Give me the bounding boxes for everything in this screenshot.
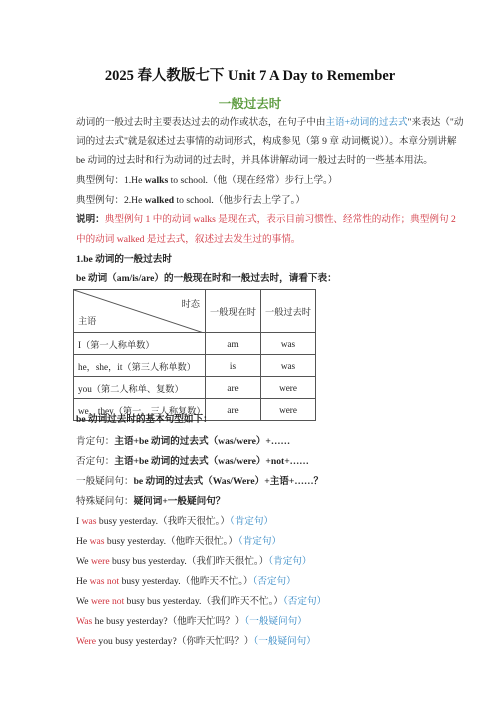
cell-subject: I（第一人称单数）	[74, 333, 206, 355]
pattern-text: 主语+be 动词的过去式（was/were）+……	[114, 436, 290, 447]
sentence-text: busy yesterday.（我昨天很忙。）	[97, 516, 230, 527]
note-line-2: 中的动词 walked 是过去式，叙述过去发生过的事情。	[76, 234, 300, 246]
intro-text: 动词的一般过去时主要表达过去的动作或状态，在句子中由	[76, 117, 325, 128]
header-past: 一般过去时	[261, 290, 316, 333]
sentence-verb: Were	[76, 636, 96, 647]
be-verb-table: 时态 主语 一般现在时 一般过去时 I（第一人称单数） am was he，sh…	[73, 289, 316, 421]
cell-past: were	[261, 399, 316, 421]
sentence-verb: was	[82, 516, 97, 527]
cell-past: was	[261, 355, 316, 377]
sentence-verb: was not	[90, 576, 120, 587]
cell-past: was	[261, 333, 316, 355]
sentence-type-tag: （肯定句）	[230, 516, 273, 527]
sentence-text: you busy yesterday?（你昨天忙吗？）	[96, 636, 253, 647]
sentence-type-tag: （否定句）	[283, 596, 326, 607]
pattern-special: 特殊疑问句：疑问词+一般疑问句？	[76, 496, 225, 508]
pattern-negative: 否定句：主语+be 动词的过去式（was/were）+not+……	[76, 456, 309, 468]
pattern-label: 否定句：	[76, 456, 114, 467]
document-page: 2025 春人教版七下 Unit 7 A Day to Remember 一般过…	[0, 0, 500, 708]
sentence-example: We were not busy bus yesterday.（我们昨天不忙。）…	[76, 596, 326, 608]
sentence-example: He was busy yesterday.（他昨天很忙。）（肯定句）	[76, 536, 281, 548]
example-verb: walked	[145, 195, 174, 206]
sentence-type-tag: （肯定句）	[238, 536, 281, 547]
intro-highlight: 主语+动词的过去式	[325, 117, 407, 128]
table-intro: be 动词（am/is/are）的一般现在时和一般过去时，请看下表：	[76, 273, 337, 285]
sentence-text: He	[76, 536, 90, 547]
note-label: 说明：	[76, 214, 105, 225]
cell-subject: he，she，it（第三人称单数）	[74, 355, 206, 377]
sentence-verb: were	[91, 556, 110, 567]
note-text: 典型例句 1 中的动词 walks 是现在式，表示目前习惯性、经常性的动作；典型…	[105, 214, 456, 225]
sentence-example: We were busy bus yesterday.（我们昨天很忙。）（肯定句…	[76, 556, 312, 568]
pattern-text: 疑问词+一般疑问句？	[134, 496, 226, 507]
example-text: to school.（他步行去上学了。）	[174, 195, 305, 206]
pattern-label: 肯定句：	[76, 436, 114, 447]
sentence-verb: were not	[91, 596, 124, 607]
cell-present: am	[206, 333, 261, 355]
example-text: 典型例句：1.He	[76, 175, 145, 186]
sentence-example: I was busy yesterday.（我昨天很忙。）（肯定句）	[76, 516, 273, 528]
intro-line-3: be 动词的过去时和行为动词的过去时，并具体讲解动词一般过去时的一些基本用法。	[76, 155, 433, 167]
table-corner-cell: 时态 主语	[74, 290, 206, 333]
patterns-heading: be 动词过去时的基本句型如下：	[76, 414, 213, 426]
sentence-text: busy yesterday.（他昨天很忙。）	[105, 536, 238, 547]
table-row: you（第二人称单、复数） are were	[74, 377, 316, 399]
cell-present: is	[206, 355, 261, 377]
pattern-text: 主语+be 动词的过去式（was/were）+not+……	[114, 456, 309, 467]
sentence-example: Were you busy yesterday?（你昨天忙吗？）（一般疑问句）	[76, 636, 316, 648]
intro-line-1: 动词的一般过去时主要表达过去的动作或状态，在句子中由主语+动词的过去式"来表达（…	[76, 117, 463, 129]
sentence-type-tag: （否定句）	[253, 576, 296, 587]
sentence-text: We	[76, 556, 91, 567]
sentence-example: Was he busy yesterday?（他昨天忙吗？）（一般疑问句）	[76, 616, 307, 628]
example-text: 典型例句：2.He	[76, 195, 145, 206]
pattern-label: 一般疑问句：	[76, 476, 134, 487]
example-verb: walks	[145, 175, 168, 186]
cell-present: are	[206, 399, 261, 421]
sentence-example: He was not busy yesterday.（他昨天不忙。）（否定句）	[76, 576, 296, 588]
corner-label-subject: 主语	[78, 313, 96, 327]
sentence-text: he busy yesterday?（他昨天忙吗？）	[92, 616, 244, 627]
table-row: I（第一人称单数） am was	[74, 333, 316, 355]
pattern-question: 一般疑问句：be 动词的过去式（Was/Were）+主语+……？	[76, 476, 323, 488]
intro-line-2: 词的过去式"就是叙述过去事情的动词形式，构成参见（第 9 章 动词概说））。本章…	[76, 136, 456, 148]
note-line-1: 说明：典型例句 1 中的动词 walks 是现在式，表示目前习惯性、经常性的动作…	[76, 214, 456, 226]
pattern-text: be 动词的过去式（Was/Were）+主语+……？	[134, 476, 324, 487]
sentence-verb: Was	[76, 616, 92, 627]
corner-label-tense: 时态	[182, 296, 200, 310]
sentence-text: busy bus yesterday.（我们昨天不忙。）	[124, 596, 283, 607]
document-title: 2025 春人教版七下 Unit 7 A Day to Remember	[0, 64, 500, 85]
sentence-type-tag: （一般疑问句）	[244, 616, 306, 627]
cell-subject: you（第二人称单、复数）	[74, 377, 206, 399]
cell-past: were	[261, 377, 316, 399]
table-row: he，she，it（第三人称单数） is was	[74, 355, 316, 377]
example-2: 典型例句：2.He walked to school.（他步行去上学了。）	[76, 195, 305, 207]
intro-text: "来表达（"动	[408, 117, 464, 128]
sentence-text: busy bus yesterday.（我们昨天很忙。）	[110, 556, 269, 567]
pattern-affirmative: 肯定句：主语+be 动词的过去式（was/were）+……	[76, 436, 290, 448]
section-heading: 1.be 动词的一般过去时	[76, 254, 172, 266]
pattern-label: 特殊疑问句：	[76, 496, 134, 507]
sentence-verb: was	[90, 536, 105, 547]
example-1: 典型例句：1.He walks to school.（他（现在经常）步行上学。）	[76, 175, 337, 187]
sentence-type-tag: （一般疑问句）	[253, 636, 315, 647]
sentence-text: busy yesterday.（他昨天不忙。）	[119, 576, 252, 587]
section-subtitle: 一般过去时	[0, 94, 500, 112]
sentence-type-tag: （肯定句）	[268, 556, 311, 567]
cell-present: are	[206, 377, 261, 399]
sentence-text: We	[76, 596, 91, 607]
header-present: 一般现在时	[206, 290, 261, 333]
sentence-text: He	[76, 576, 90, 587]
example-text: to school.（他（现在经常）步行上学。）	[168, 175, 337, 186]
